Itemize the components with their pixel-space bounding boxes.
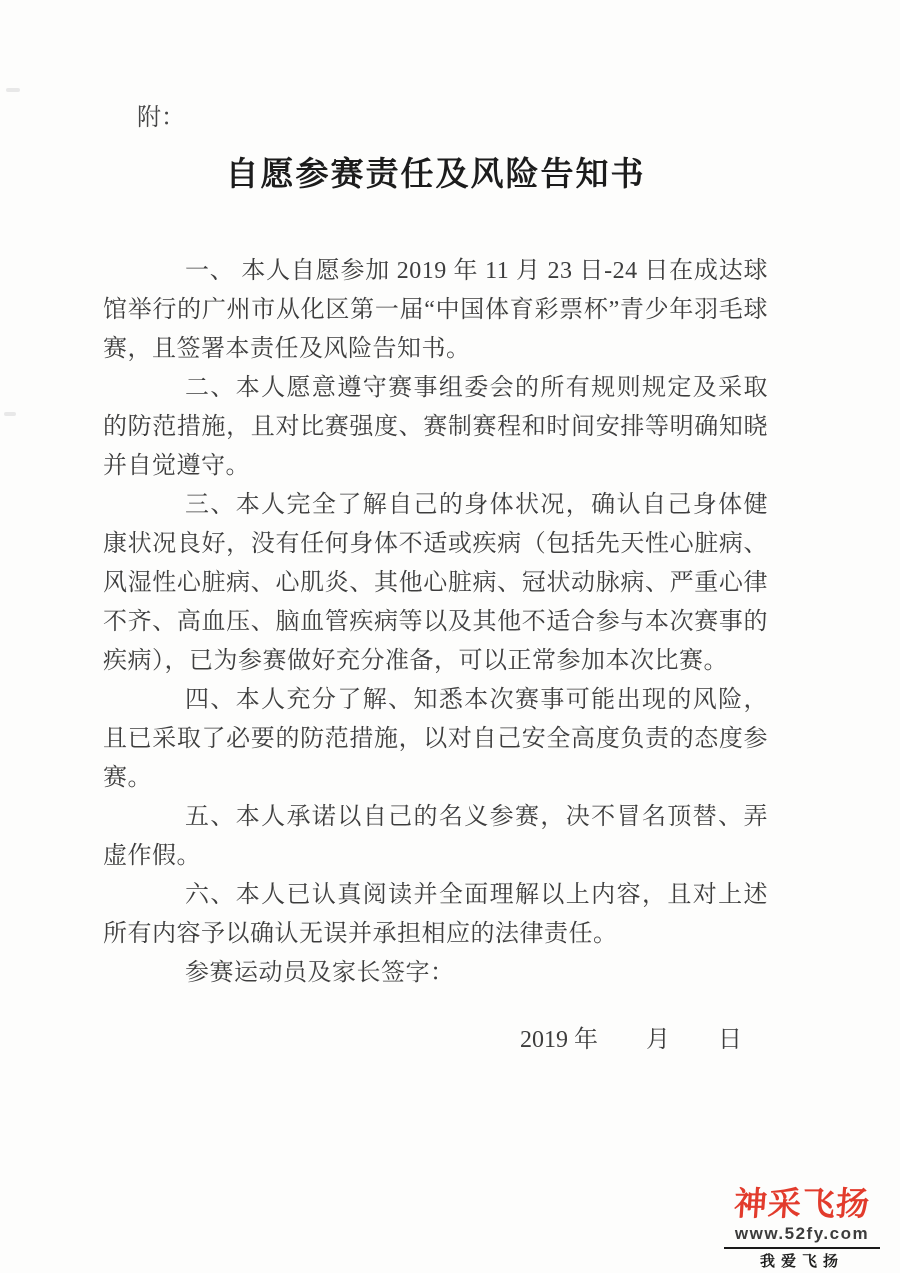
document-title: 自愿参赛责任及风险告知书 [103,154,768,196]
signature-line: 参赛运动员及家长签字： [103,954,768,993]
watermark-divider [724,1247,880,1249]
paragraph-5: 五、本人承诺以自己的名义参赛，决不冒名顶替、弄虚作假。 [103,798,768,876]
scanned-document-page: 附： 自愿参赛责任及风险告知书 一、 本人自愿参加 2019 年 11 月 23… [0,0,900,1273]
watermark-slogan-text: 我爱飞扬 [722,1254,882,1269]
document-body: 附： 自愿参赛责任及风险告知书 一、 本人自愿参加 2019 年 11 月 23… [0,0,900,1060]
document-paragraphs: 一、 本人自愿参加 2019 年 11 月 23 日-24 日在成达球馆举行的广… [103,252,768,993]
paragraph-4: 四、本人充分了解、知悉本次赛事可能出现的风险，且已采取了必要的防范措施，以对自己… [103,681,768,798]
paragraph-1: 一、 本人自愿参加 2019 年 11 月 23 日-24 日在成达球馆举行的广… [103,252,768,369]
date-line: 2019 年 月 日 [103,1021,768,1060]
attachment-label: 附： [137,102,768,134]
paragraph-2: 二、本人愿意遵守赛事组委会的所有规则规定及采取的防范措施，且对比赛强度、赛制赛程… [103,369,768,486]
paragraph-6: 六、本人已认真阅读并全面理解以上内容，且对上述所有内容予以确认无误并承担相应的法… [103,876,768,954]
paragraph-3: 三、本人完全了解自己的身体状况，确认自己身体健康状况良好，没有任何身体不适或疾病… [103,486,768,681]
watermark-brand-text: 神采飞扬 [721,1187,883,1220]
watermark-url-text: www.52fy.com [722,1225,882,1242]
watermark-logo: 神采飞扬 www.52fy.com 我爱飞扬 [722,1187,882,1269]
